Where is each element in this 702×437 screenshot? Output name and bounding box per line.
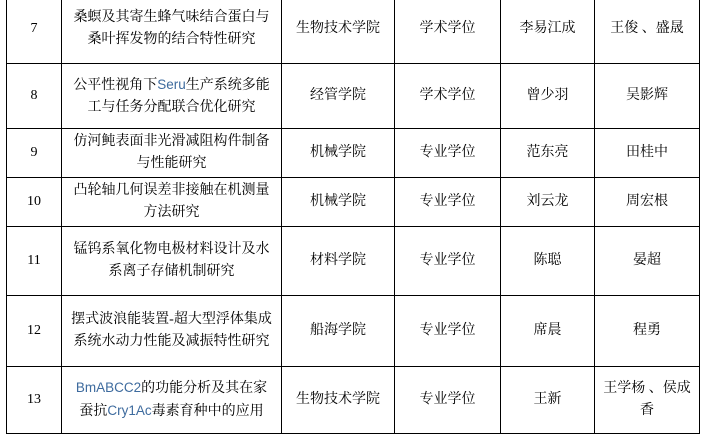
degree-type-cell: 专业学位 xyxy=(395,178,501,227)
table-row: 9仿河鲀表面非光滑减阻构件制备与性能研究机械学院专业学位范东亮田桂中 xyxy=(7,129,700,178)
row-number-cell: 13 xyxy=(7,367,62,434)
student-name-cell: 刘云龙 xyxy=(501,178,595,227)
row-number-cell: 11 xyxy=(7,227,62,296)
thesis-title-cell: 凸轮轴几何误差非接触在机测量方法研究 xyxy=(62,178,282,227)
thesis-title-cell: 桑螟及其寄生蜂气味结合蛋白与桑叶挥发物的结合特性研究 xyxy=(62,0,282,64)
row-number-cell: 8 xyxy=(7,64,62,129)
thesis-title-cell: 仿河鲀表面非光滑减阻构件制备与性能研究 xyxy=(62,129,282,178)
table-row: 8公平性视角下Seru生产系统多能工与任务分配联合优化研究经管学院学术学位曾少羽… xyxy=(7,64,700,129)
thesis-table: 7桑螟及其寄生蜂气味结合蛋白与桑叶挥发物的结合特性研究生物技术学院学术学位李易江… xyxy=(6,0,700,434)
degree-type-cell: 专业学位 xyxy=(395,227,501,296)
college-cell: 机械学院 xyxy=(282,178,395,227)
college-cell: 材料学院 xyxy=(282,227,395,296)
latin-term: Seru xyxy=(157,77,186,92)
college-cell: 机械学院 xyxy=(282,129,395,178)
thesis-title-cell: BmABCC2的功能分析及其在家蚕抗Cry1Ac毒素育种中的应用 xyxy=(62,367,282,434)
college-cell: 生物技术学院 xyxy=(282,367,395,434)
advisor-name-cell: 晏超 xyxy=(595,227,700,296)
student-name-cell: 陈聪 xyxy=(501,227,595,296)
student-name-cell: 范东亮 xyxy=(501,129,595,178)
row-number-cell: 12 xyxy=(7,296,62,367)
advisor-name-cell: 王俊 、盛晟 xyxy=(595,0,700,64)
degree-type-cell: 学术学位 xyxy=(395,0,501,64)
advisor-name-cell: 周宏根 xyxy=(595,178,700,227)
degree-type-cell: 专业学位 xyxy=(395,129,501,178)
college-cell: 经管学院 xyxy=(282,64,395,129)
student-name-cell: 席晨 xyxy=(501,296,595,367)
thesis-title-cell: 摆式波浪能装置-超大型浮体集成系统水动力性能及减振特性研究 xyxy=(62,296,282,367)
student-name-cell: 李易江成 xyxy=(501,0,595,64)
student-name-cell: 王新 xyxy=(501,367,595,434)
row-number-cell: 10 xyxy=(7,178,62,227)
advisor-name-cell: 田桂中 xyxy=(595,129,700,178)
thesis-table-body: 7桑螟及其寄生蜂气味结合蛋白与桑叶挥发物的结合特性研究生物技术学院学术学位李易江… xyxy=(7,0,700,434)
thesis-title-cell: 锰钨系氧化物电极材料设计及水系离子存储机制研究 xyxy=(62,227,282,296)
table-row: 7桑螟及其寄生蜂气味结合蛋白与桑叶挥发物的结合特性研究生物技术学院学术学位李易江… xyxy=(7,0,700,64)
advisor-name-cell: 王学杨 、侯成香 xyxy=(595,367,700,434)
degree-type-cell: 专业学位 xyxy=(395,367,501,434)
table-row: 10凸轮轴几何误差非接触在机测量方法研究机械学院专业学位刘云龙周宏根 xyxy=(7,178,700,227)
table-row: 13BmABCC2的功能分析及其在家蚕抗Cry1Ac毒素育种中的应用生物技术学院… xyxy=(7,367,700,434)
degree-type-cell: 学术学位 xyxy=(395,64,501,129)
advisor-name-cell: 吴影辉 xyxy=(595,64,700,129)
student-name-cell: 曾少羽 xyxy=(501,64,595,129)
latin-term: BmABCC2 xyxy=(76,380,141,395)
document-page: 7桑螟及其寄生蜂气味结合蛋白与桑叶挥发物的结合特性研究生物技术学院学术学位李易江… xyxy=(0,0,702,437)
latin-term: Cry1Ac xyxy=(107,403,151,418)
row-number-cell: 9 xyxy=(7,129,62,178)
row-number-cell: 7 xyxy=(7,0,62,64)
thesis-title-cell: 公平性视角下Seru生产系统多能工与任务分配联合优化研究 xyxy=(62,64,282,129)
college-cell: 船海学院 xyxy=(282,296,395,367)
college-cell: 生物技术学院 xyxy=(282,0,395,64)
table-row: 12摆式波浪能装置-超大型浮体集成系统水动力性能及减振特性研究船海学院专业学位席… xyxy=(7,296,700,367)
table-row: 11锰钨系氧化物电极材料设计及水系离子存储机制研究材料学院专业学位陈聪晏超 xyxy=(7,227,700,296)
advisor-name-cell: 程勇 xyxy=(595,296,700,367)
degree-type-cell: 专业学位 xyxy=(395,296,501,367)
